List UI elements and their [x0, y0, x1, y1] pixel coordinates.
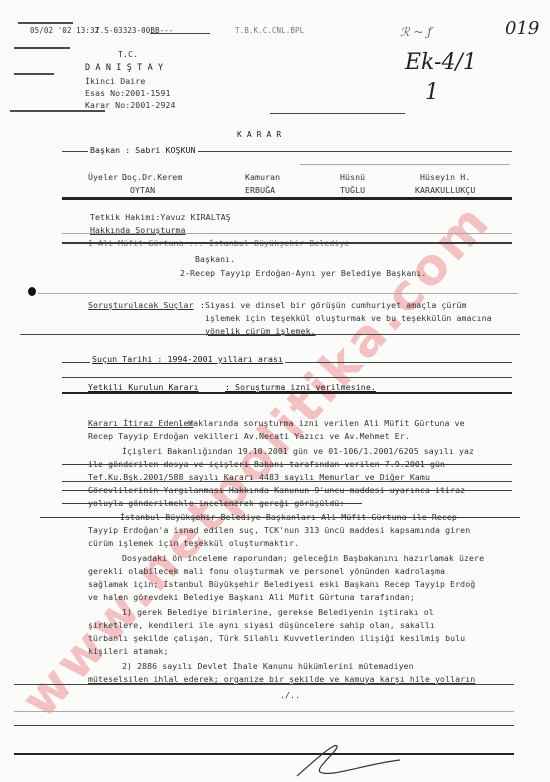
chamber-name: İkinci Daire [85, 76, 145, 86]
institution-name: D A N I Ş T A Y [85, 63, 163, 73]
strike-through [62, 464, 512, 465]
divider [62, 377, 512, 378]
country-label: T.C. [118, 49, 138, 59]
panel-member-first: Hüseyin H. [420, 172, 470, 182]
divider-thick [14, 753, 514, 755]
body-line: türbanlı şekilde çalışan, Türk Silahlı K… [88, 633, 465, 643]
body-line: cürüm işlemek için teşekkül oluşturmaktı… [88, 538, 299, 548]
body-line: Dosyadaki ön inceleme raporundan; gelece… [122, 553, 484, 563]
panel-member-last: ERBUĞA [245, 185, 275, 195]
decision-label: Yetkili Kurulun Kararı [88, 382, 199, 392]
panel-member-last: OYTAN [130, 185, 155, 195]
divider [62, 481, 512, 482]
charge-line: :Siyasi ve dinsel bir görüşün cumhuriyet… [200, 300, 467, 310]
ek-label: Ek-4/1 [405, 50, 477, 75]
panel-member-first: Hüsnü [340, 172, 365, 182]
panel-member-first: Kamuran [245, 172, 280, 182]
strike-through [62, 242, 512, 244]
charge-line: işlemek için teşekkül oluşturmak ve bu t… [205, 313, 492, 323]
body-line: şirketlere, kendileri ile aynı siyasi dü… [88, 620, 435, 630]
strike-through [62, 490, 512, 491]
divider [14, 725, 514, 726]
fax-date-time: 05/02 '02 13:32 [30, 26, 99, 35]
body-line: : Haklarında soruşturma izni verilen Ali… [178, 418, 465, 428]
signature-scribble: ℛ ~ ƒ [400, 25, 432, 39]
body-line: kişileri atamak; [88, 646, 168, 656]
crime-date: Suçun Tarihi : 1994-2001 yılları arası [90, 354, 285, 364]
investigated-2: 2-Recep Tayyip Erdoğan-Aynı yer Belediye… [180, 268, 426, 278]
hole-punch-mark [28, 287, 36, 296]
body-line: ve halen görevdeki Belediye Başkanı Ali … [88, 592, 415, 602]
fax-rule [150, 33, 210, 34]
strike-through [62, 503, 362, 504]
body-line: müteselsilen ihlal ederek; organize bir … [88, 674, 475, 684]
divider-thick [62, 392, 512, 394]
body-line: gerekli olabilecek mali fonu oluşturmak … [88, 566, 445, 576]
document-page: www.netpolitika.com 05/02 '02 13:32 T.S-… [0, 0, 550, 782]
fax-recipient: T.B.K.C.CNL.BPL [235, 26, 304, 35]
divider-thick [62, 197, 512, 200]
charge-label: Soruşturulacak Suçlar [88, 300, 194, 310]
strike-through [40, 517, 520, 518]
divider [14, 711, 514, 712]
signature [295, 740, 405, 780]
body-line: İçişleri Bakanlığından 19.10.2001 gün ve… [122, 446, 474, 456]
divider [62, 233, 512, 234]
decision-value: : Soruşturma izni verilmesine. [225, 382, 376, 392]
karar-number: Karar No:2001-2924 [85, 100, 176, 110]
document-title: K A R A R [237, 130, 281, 139]
esas-number: Esas No:2001-1591 [85, 88, 171, 98]
panel-president: Başkan : Sabri KOŞKUN [88, 145, 198, 155]
redaction-mark [18, 22, 73, 24]
body-line: 2) 2886 sayılı Devlet İhale Kanunu hüküm… [122, 661, 414, 671]
divider [38, 293, 518, 294]
divider [20, 334, 520, 335]
body-line: Recep Tayyip Erdoğan vekilleri Av.Necati… [88, 431, 410, 441]
divider [270, 113, 405, 114]
continuation-mark: ./.. [280, 690, 300, 700]
page-mark: 019 [505, 18, 539, 39]
body-line: sağlamak için; İstanbul Büyükşehir Beled… [88, 579, 475, 589]
body-line: 1) gerek Belediye birimlerine, gerekse B… [122, 607, 434, 617]
redaction-mark [14, 73, 54, 75]
redaction-mark [14, 47, 70, 49]
panel-member-first: Doç.Dr.Kerem [122, 172, 182, 182]
panel-member-last: KARAKULLUKÇU [415, 185, 475, 195]
examiner: Tetkik Hakimi:Yavuz KIRALTAŞ [90, 212, 231, 222]
investigated-1-cont: Başkanı. [195, 254, 235, 264]
divider [14, 684, 514, 685]
body-line: Tayyip Erdoğan'a isnad edilen suç, TCK'n… [88, 525, 470, 535]
handwritten-page-number: 1 [425, 80, 439, 105]
panel-member-last: TUĞLU [340, 185, 365, 195]
divider [300, 164, 510, 165]
redaction-mark [10, 110, 105, 112]
